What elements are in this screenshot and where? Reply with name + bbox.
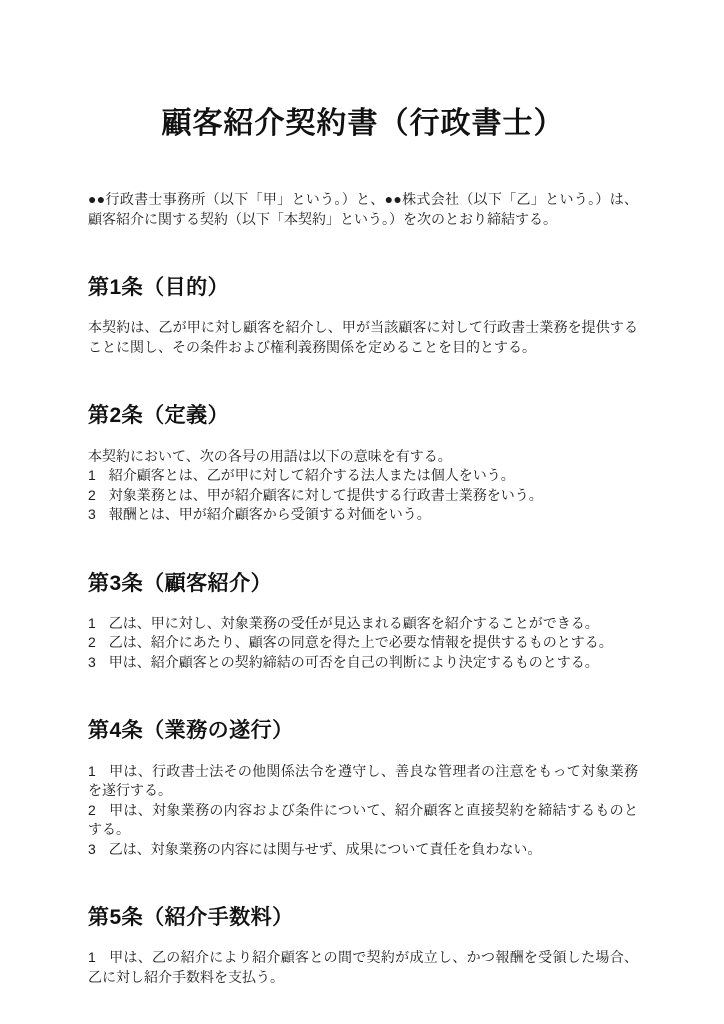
section-article-1: 第1条（目的） 本契約は、乙が甲に対し顧客を紹介し、甲が当該顧客に対して行政書士… [88,275,638,357]
clause-text: 乙は、紹介にあたり、顧客の同意を得た上で必要な情報を提供するものとする。 [109,634,613,650]
clause-item: 2対象業務とは、甲が紹介顧客に対して提供する行政書士業務をいう。 [88,486,638,506]
section-heading: 第4条（業務の遂行） [88,718,638,744]
clause-text: 甲は、乙の紹介により紹介顧客との間で契約が成立し、かつ報酬を受領した場合、乙に対… [88,949,638,985]
clause-number: 2 [88,801,96,821]
section-body: 本契約において、次の各号の用語は以下の意味を有する。 1紹介顧客とは、乙が甲に対… [88,447,638,525]
section-article-4: 第4条（業務の遂行） 1甲は、行政書士法その他関係法令を遵守し、善良な管理者の注… [88,718,638,859]
clause-item: 1紹介顧客とは、乙が甲に対して紹介する法人または個人をいう。 [88,466,638,486]
clause-number: 2 [88,633,96,653]
section-article-5: 第5条（紹介手数料） 1甲は、乙の紹介により紹介顧客との間で契約が成立し、かつ報… [88,905,638,987]
section-body: 1甲は、行政書士法その他関係法令を遵守し、善良な管理者の注意をもって対象業務を遂… [88,762,638,860]
clause-item: 2甲は、対象業務の内容および条件について、紹介顧客と直接契約を締結するものとする… [88,801,638,840]
clause-text: 乙は、甲に対し、対象業務の受任が見込まれる顧客を紹介することができる。 [109,615,599,631]
section-heading: 第2条（定義） [88,403,638,429]
contract-document-page: 顧客紹介契約書（行政書士） ●●行政書士事務所（以下「甲」という。）と、●●株式… [0,0,724,1024]
clause-number: 3 [88,653,96,673]
clause-item: 1甲は、行政書士法その他関係法令を遵守し、善良な管理者の注意をもって対象業務を遂… [88,762,638,801]
clause-text: 紹介顧客とは、乙が甲に対して紹介する法人または個人をいう。 [109,467,515,483]
clause-number: 3 [88,840,96,860]
section-body: 1乙は、甲に対し、対象業務の受任が見込まれる顧客を紹介することができる。 2乙は… [88,614,638,673]
clause-text: 対象業務とは、甲が紹介顧客に対して提供する行政書士業務をいう。 [109,487,543,503]
clause-item: 3甲は、紹介顧客との契約締結の可否を自己の判断により決定するものとする。 [88,653,638,673]
clause-text: 乙は、対象業務の内容には関与せず、成果について責任を負わない。 [109,841,542,857]
section-heading: 第1条（目的） [88,275,638,301]
clause-number: 1 [88,614,96,634]
clause-item: 1甲は、乙の紹介により紹介顧客との間で契約が成立し、かつ報酬を受領した場合、乙に… [88,948,638,987]
clause-item: 1乙は、甲に対し、対象業務の受任が見込まれる顧客を紹介することができる。 [88,614,638,634]
clause-item: 3乙は、対象業務の内容には関与せず、成果について責任を負わない。 [88,840,638,860]
clause-text: 甲は、対象業務の内容および条件について、紹介顧客と直接契約を締結するものとする。 [88,802,638,838]
clause-number: 1 [88,762,96,782]
clause-text: 甲は、紹介顧客との契約締結の可否を自己の判断により決定するものとする。 [109,654,599,670]
clause-number: 2 [88,486,96,506]
clause-number: 1 [88,466,96,486]
clause-number: 3 [88,505,96,525]
clause-text: 報酬とは、甲が紹介顧客から受領する対価をいう。 [109,506,431,522]
document-title: 顧客紹介契約書（行政書士） [88,104,638,143]
section-article-3: 第3条（顧客紹介） 1乙は、甲に対し、対象業務の受任が見込まれる顧客を紹介するこ… [88,571,638,673]
intro-paragraph: ●●行政書士事務所（以下「甲」という。）と、●●株式会社（以下「乙」という。）は… [88,189,638,229]
clause-item: 2乙は、紹介にあたり、顧客の同意を得た上で必要な情報を提供するものとする。 [88,633,638,653]
clause-item: 3報酬とは、甲が紹介顧客から受領する対価をいう。 [88,505,638,525]
section-heading: 第3条（顧客紹介） [88,571,638,597]
section-body: 1甲は、乙の紹介により紹介顧客との間で契約が成立し、かつ報酬を受領した場合、乙に… [88,948,638,987]
section-lead: 本契約は、乙が甲に対し顧客を紹介し、甲が当該顧客に対して行政書士業務を提供するこ… [88,318,638,357]
document-content: 顧客紹介契約書（行政書士） ●●行政書士事務所（以下「甲」という。）と、●●株式… [0,0,724,987]
section-heading: 第5条（紹介手数料） [88,905,638,931]
section-article-2: 第2条（定義） 本契約において、次の各号の用語は以下の意味を有する。 1紹介顧客… [88,403,638,524]
clause-text: 甲は、行政書士法その他関係法令を遵守し、善良な管理者の注意をもって対象業務を遂行… [88,763,638,799]
section-lead: 本契約において、次の各号の用語は以下の意味を有する。 [88,447,638,467]
clause-number: 1 [88,948,96,968]
section-body: 本契約は、乙が甲に対し顧客を紹介し、甲が当該顧客に対して行政書士業務を提供するこ… [88,318,638,357]
